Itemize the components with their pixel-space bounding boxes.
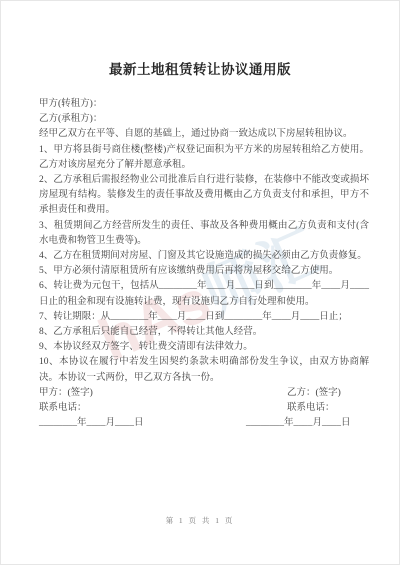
- intro-line-party-a: 甲方(转租方)：: [39, 97, 369, 112]
- clause-7: 7、转让期限：从________年____月____日到________年___…: [39, 310, 369, 325]
- page-number: 第 1 页 共 1 页: [1, 515, 399, 526]
- signature-row-names: 甲方：(签字) 乙方：(签字): [39, 386, 369, 401]
- clause-5: 5、甲方必须付清原租赁所有应该缴纳费用后再将房屋移交给乙方使用。: [39, 264, 369, 279]
- clause-8: 8、乙方承租后只能自己经营，不得转让其他人经营。: [39, 325, 369, 340]
- party-a-date-blank: ________年____月____日: [39, 416, 246, 431]
- clause-9: 9、本协议经双方签字、转让费交清即有法律效力。: [39, 340, 369, 355]
- document-page: hAs师汇 最新土地租赁转让协议通用版 甲方(转租方)： 乙方(承租方)： 经甲…: [0, 0, 400, 565]
- intro-line-party-b: 乙方(承租方)：: [39, 112, 369, 127]
- signature-row-phones: 联系电话： 联系电话：: [39, 401, 369, 416]
- document-title: 最新土地租赁转让协议通用版: [1, 58, 399, 78]
- clause-2: 2、乙方承租后需报经物业公司批准后自行进行装修，在装修中不能改变或损坏房屋现有结…: [39, 173, 369, 219]
- party-b-date-blank: ________年____月____日: [246, 416, 369, 431]
- clause-1: 1、甲方将县街号商住楼(整楼)产权登记面积为平方米的房屋转租给乙方使用。乙方对该…: [39, 143, 369, 173]
- party-b-signature-label: 乙方：(签字): [287, 386, 369, 401]
- clause-10: 10、本协议在履行中若发生因契约条款未明确部份发生争议，由双方协商解决。本协议一…: [39, 355, 369, 385]
- party-a-phone-label: 联系电话：: [39, 401, 287, 416]
- party-b-phone-label: 联系电话：: [287, 401, 369, 416]
- signature-row-dates: ________年____月____日 ________年____月____日: [39, 416, 369, 431]
- clause-3: 3、租赁期间乙方经营所发生的责任、事故及各种费用概由乙方负责和支付(含水电费和物…: [39, 219, 369, 249]
- document-body: 甲方(转租方)： 乙方(承租方)： 经甲乙双方在平等、自愿的基础上，通过协商一致…: [39, 97, 369, 431]
- party-a-signature-label: 甲方：(签字): [39, 386, 287, 401]
- clause-4: 4、乙方在租赁期间对房屋、门窗及其它设施造成的损失必须由乙方负责修复。: [39, 249, 369, 264]
- clause-6: 6、转让费为元包干，包括从________年____月____日到_______…: [39, 279, 369, 309]
- intro-line-agreement: 经甲乙双方在平等、自愿的基础上，通过协商一致达成以下房屋转租协议。: [39, 127, 369, 142]
